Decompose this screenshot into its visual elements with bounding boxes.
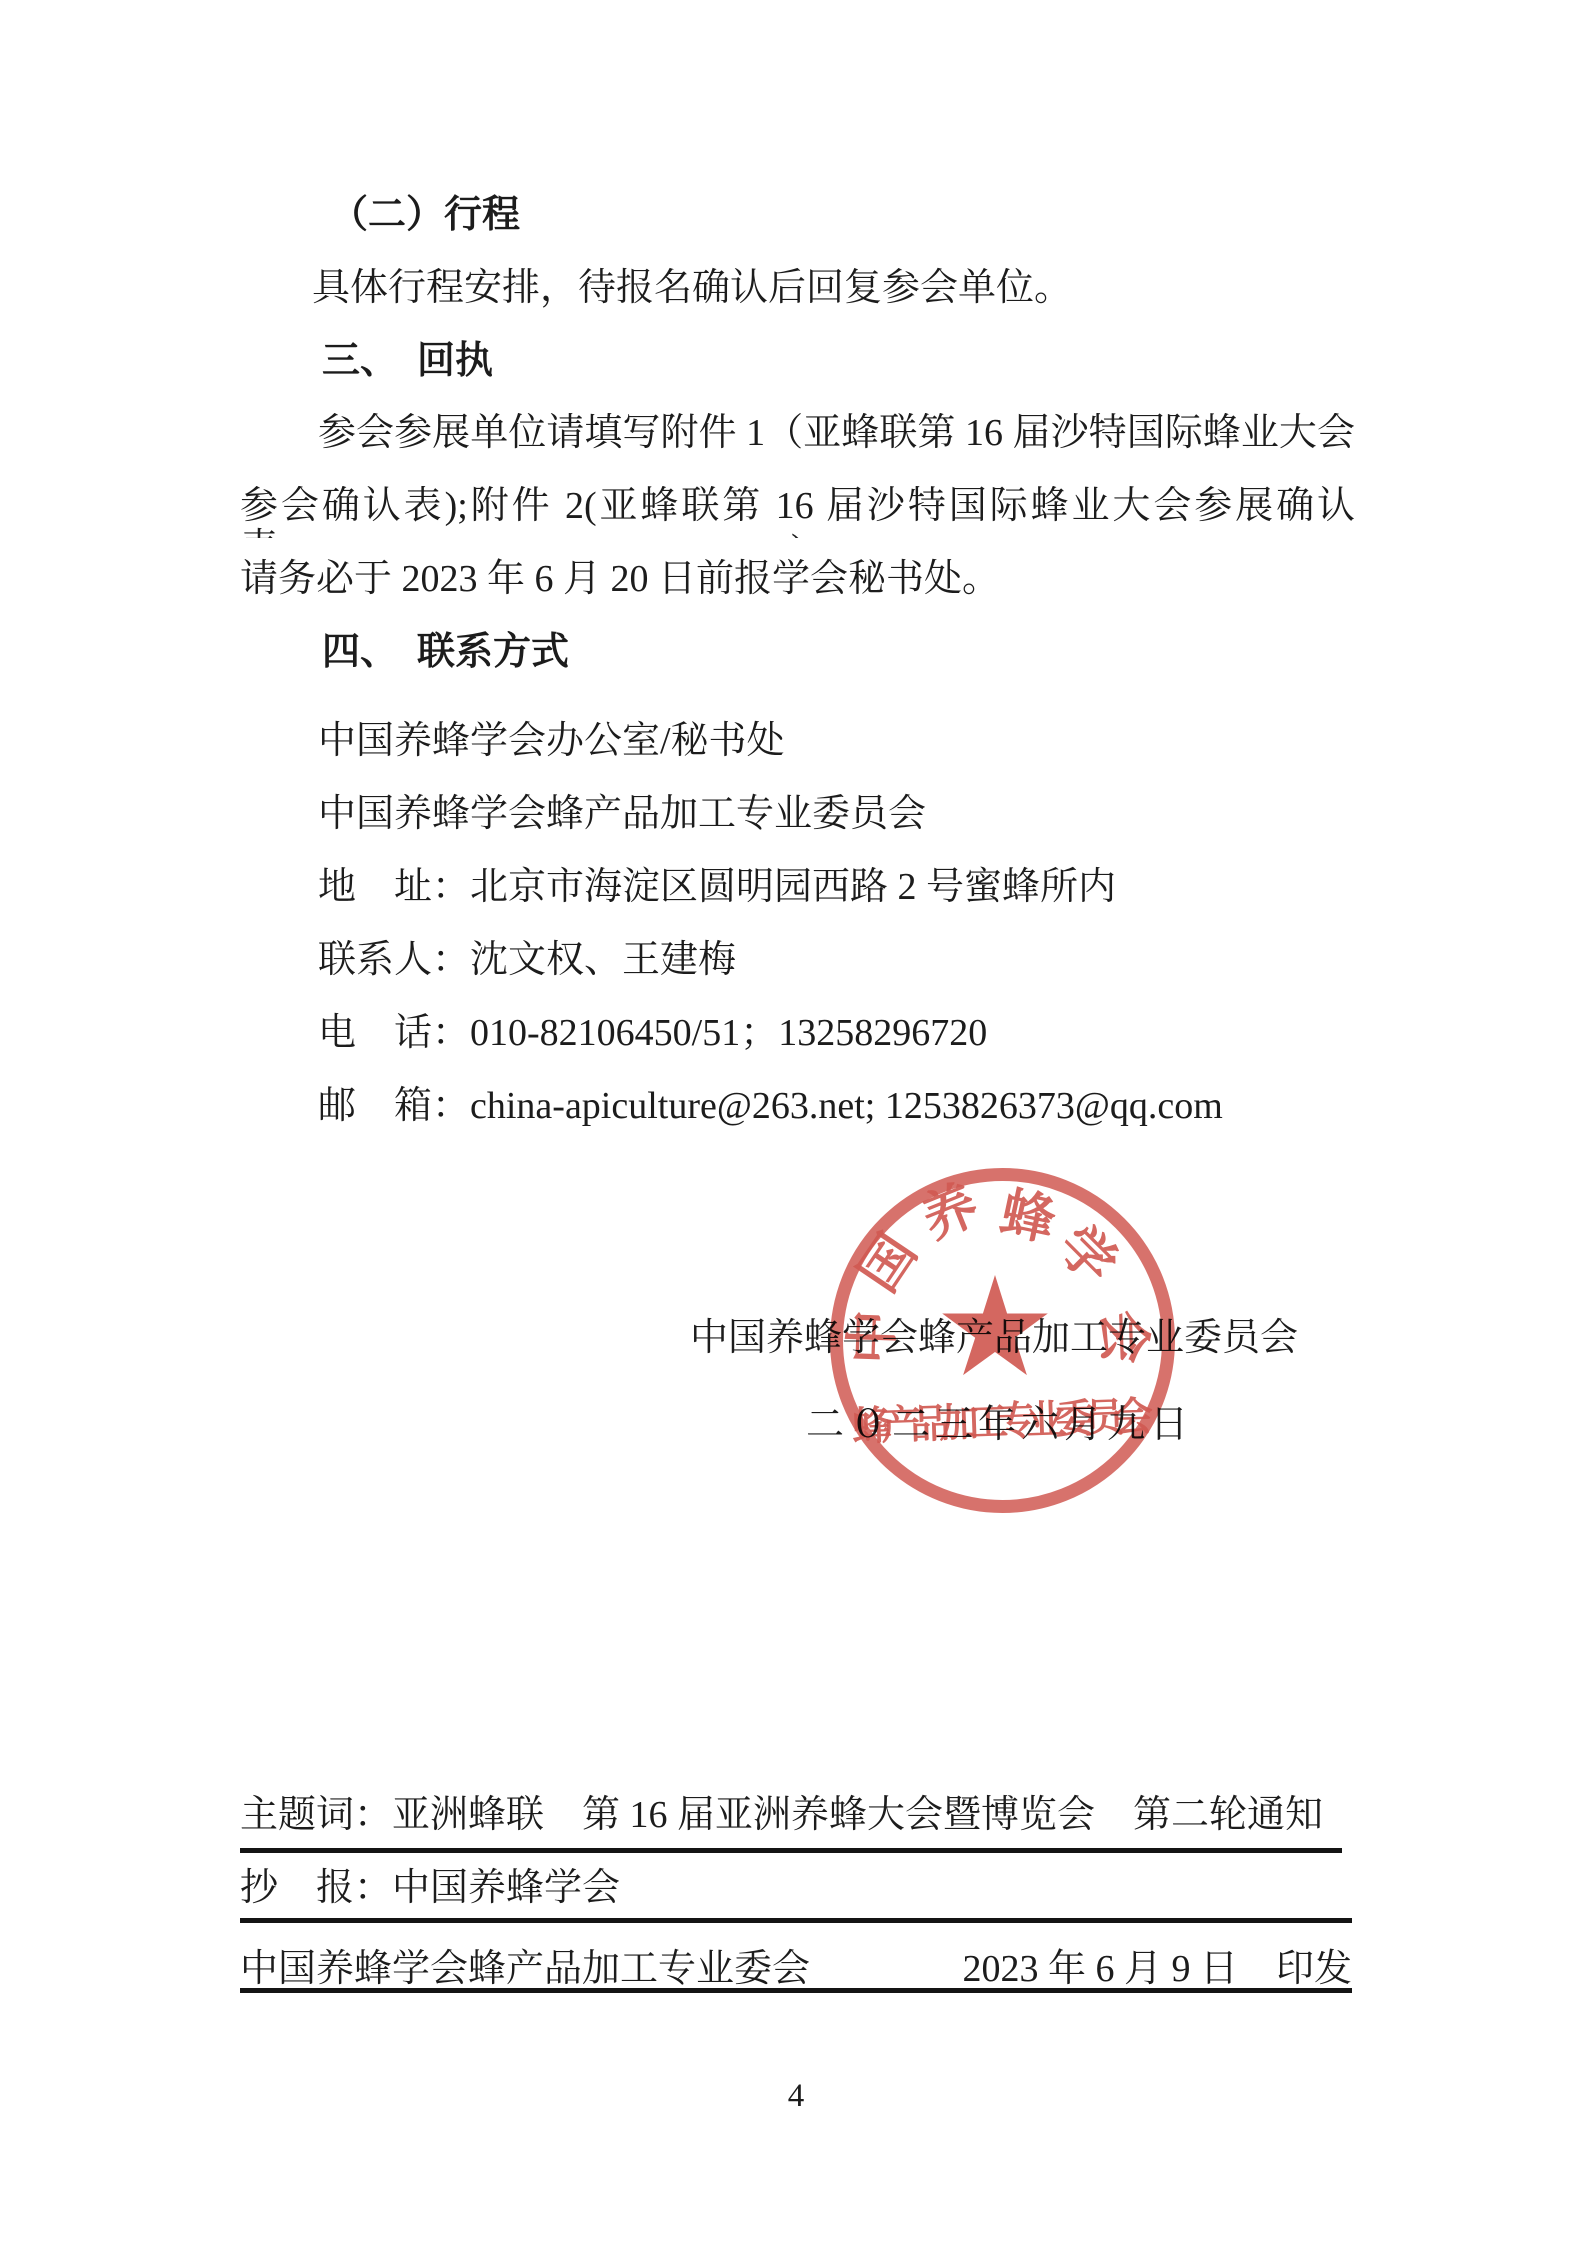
page-number: 4 (240, 2078, 1352, 2115)
footer-issuer: 中国养蜂学会蜂产品加工专业委会 (240, 1937, 810, 1992)
document-page: （二）行程 具体行程安排，待报名确认后回复参会单位。 三、 回执 参会参展单位请… (0, 0, 1587, 2245)
footer-divider (240, 1988, 1352, 1993)
section-heading-contact: 四、 联系方式 (322, 632, 569, 674)
footer-divider (240, 1918, 1352, 1923)
contact-phone-line: 电 话：010-82106450/51；13258296720 (318, 997, 1223, 1070)
contact-committee-line: 中国养蜂学会蜂产品加工专业委员会 (318, 778, 1223, 851)
seal-bottom-text: 蜂产品加工专业委员会 (829, 1384, 1176, 1453)
footer-divider (240, 1848, 1342, 1853)
paragraph-receipt-line1: 参会参展单位请填写附件 1（亚蜂联第 16 届沙特国际蜂业大会 (318, 413, 1355, 465)
paragraph-receipt-line2: 参会确认表);附件 2(亚蜂联第 16 届沙特国际蜂业大会参展确认表)， (240, 486, 1355, 538)
contact-person-line: 联系人：沈文权、王建梅 (318, 924, 1223, 997)
contact-office-line: 中国养蜂学会办公室/秘书处 (318, 705, 1223, 778)
seal-arc-char: 会 (1094, 1308, 1152, 1366)
section-heading-receipt: 三、 回执 (322, 341, 493, 383)
paragraph-trip: 具体行程安排，待报名确认后回复参会单位。 (312, 268, 1072, 310)
official-seal: 中 国 养 蜂 学 会 蜂产品加工专业委员会 (830, 1168, 1175, 1513)
footer-cc-line: 抄 报：中国养蜂学会 (240, 1868, 620, 1910)
paragraph-receipt-line3: 请务必于 2023 年 6 月 20 日前报学会秘书处。 (240, 559, 1000, 601)
seal-arc-char: 蜂 (995, 1184, 1061, 1250)
section-heading-trip: （二）行程 (330, 195, 520, 237)
seal-arc-char: 中 (844, 1308, 902, 1366)
footer-subject-line: 主题词：亚洲蜂联 第 16 届亚洲养蜂大会暨博览会 第二轮通知 (240, 1795, 1323, 1837)
contact-block: 中国养蜂学会办公室/秘书处 中国养蜂学会蜂产品加工专业委员会 地 址：北京市海淀… (318, 705, 1223, 1143)
contact-email-line: 邮 箱：china-apiculture@263.net; 1253826373… (318, 1070, 1223, 1143)
contact-address-line: 地 址：北京市海淀区圆明园西路 2 号蜜蜂所内 (318, 851, 1223, 924)
footer-issue-date: 2023 年 6 月 9 日 印发 (962, 1937, 1352, 1992)
footer-issuer-row: 中国养蜂学会蜂产品加工专业委会 2023 年 6 月 9 日 印发 (240, 1937, 1352, 1992)
